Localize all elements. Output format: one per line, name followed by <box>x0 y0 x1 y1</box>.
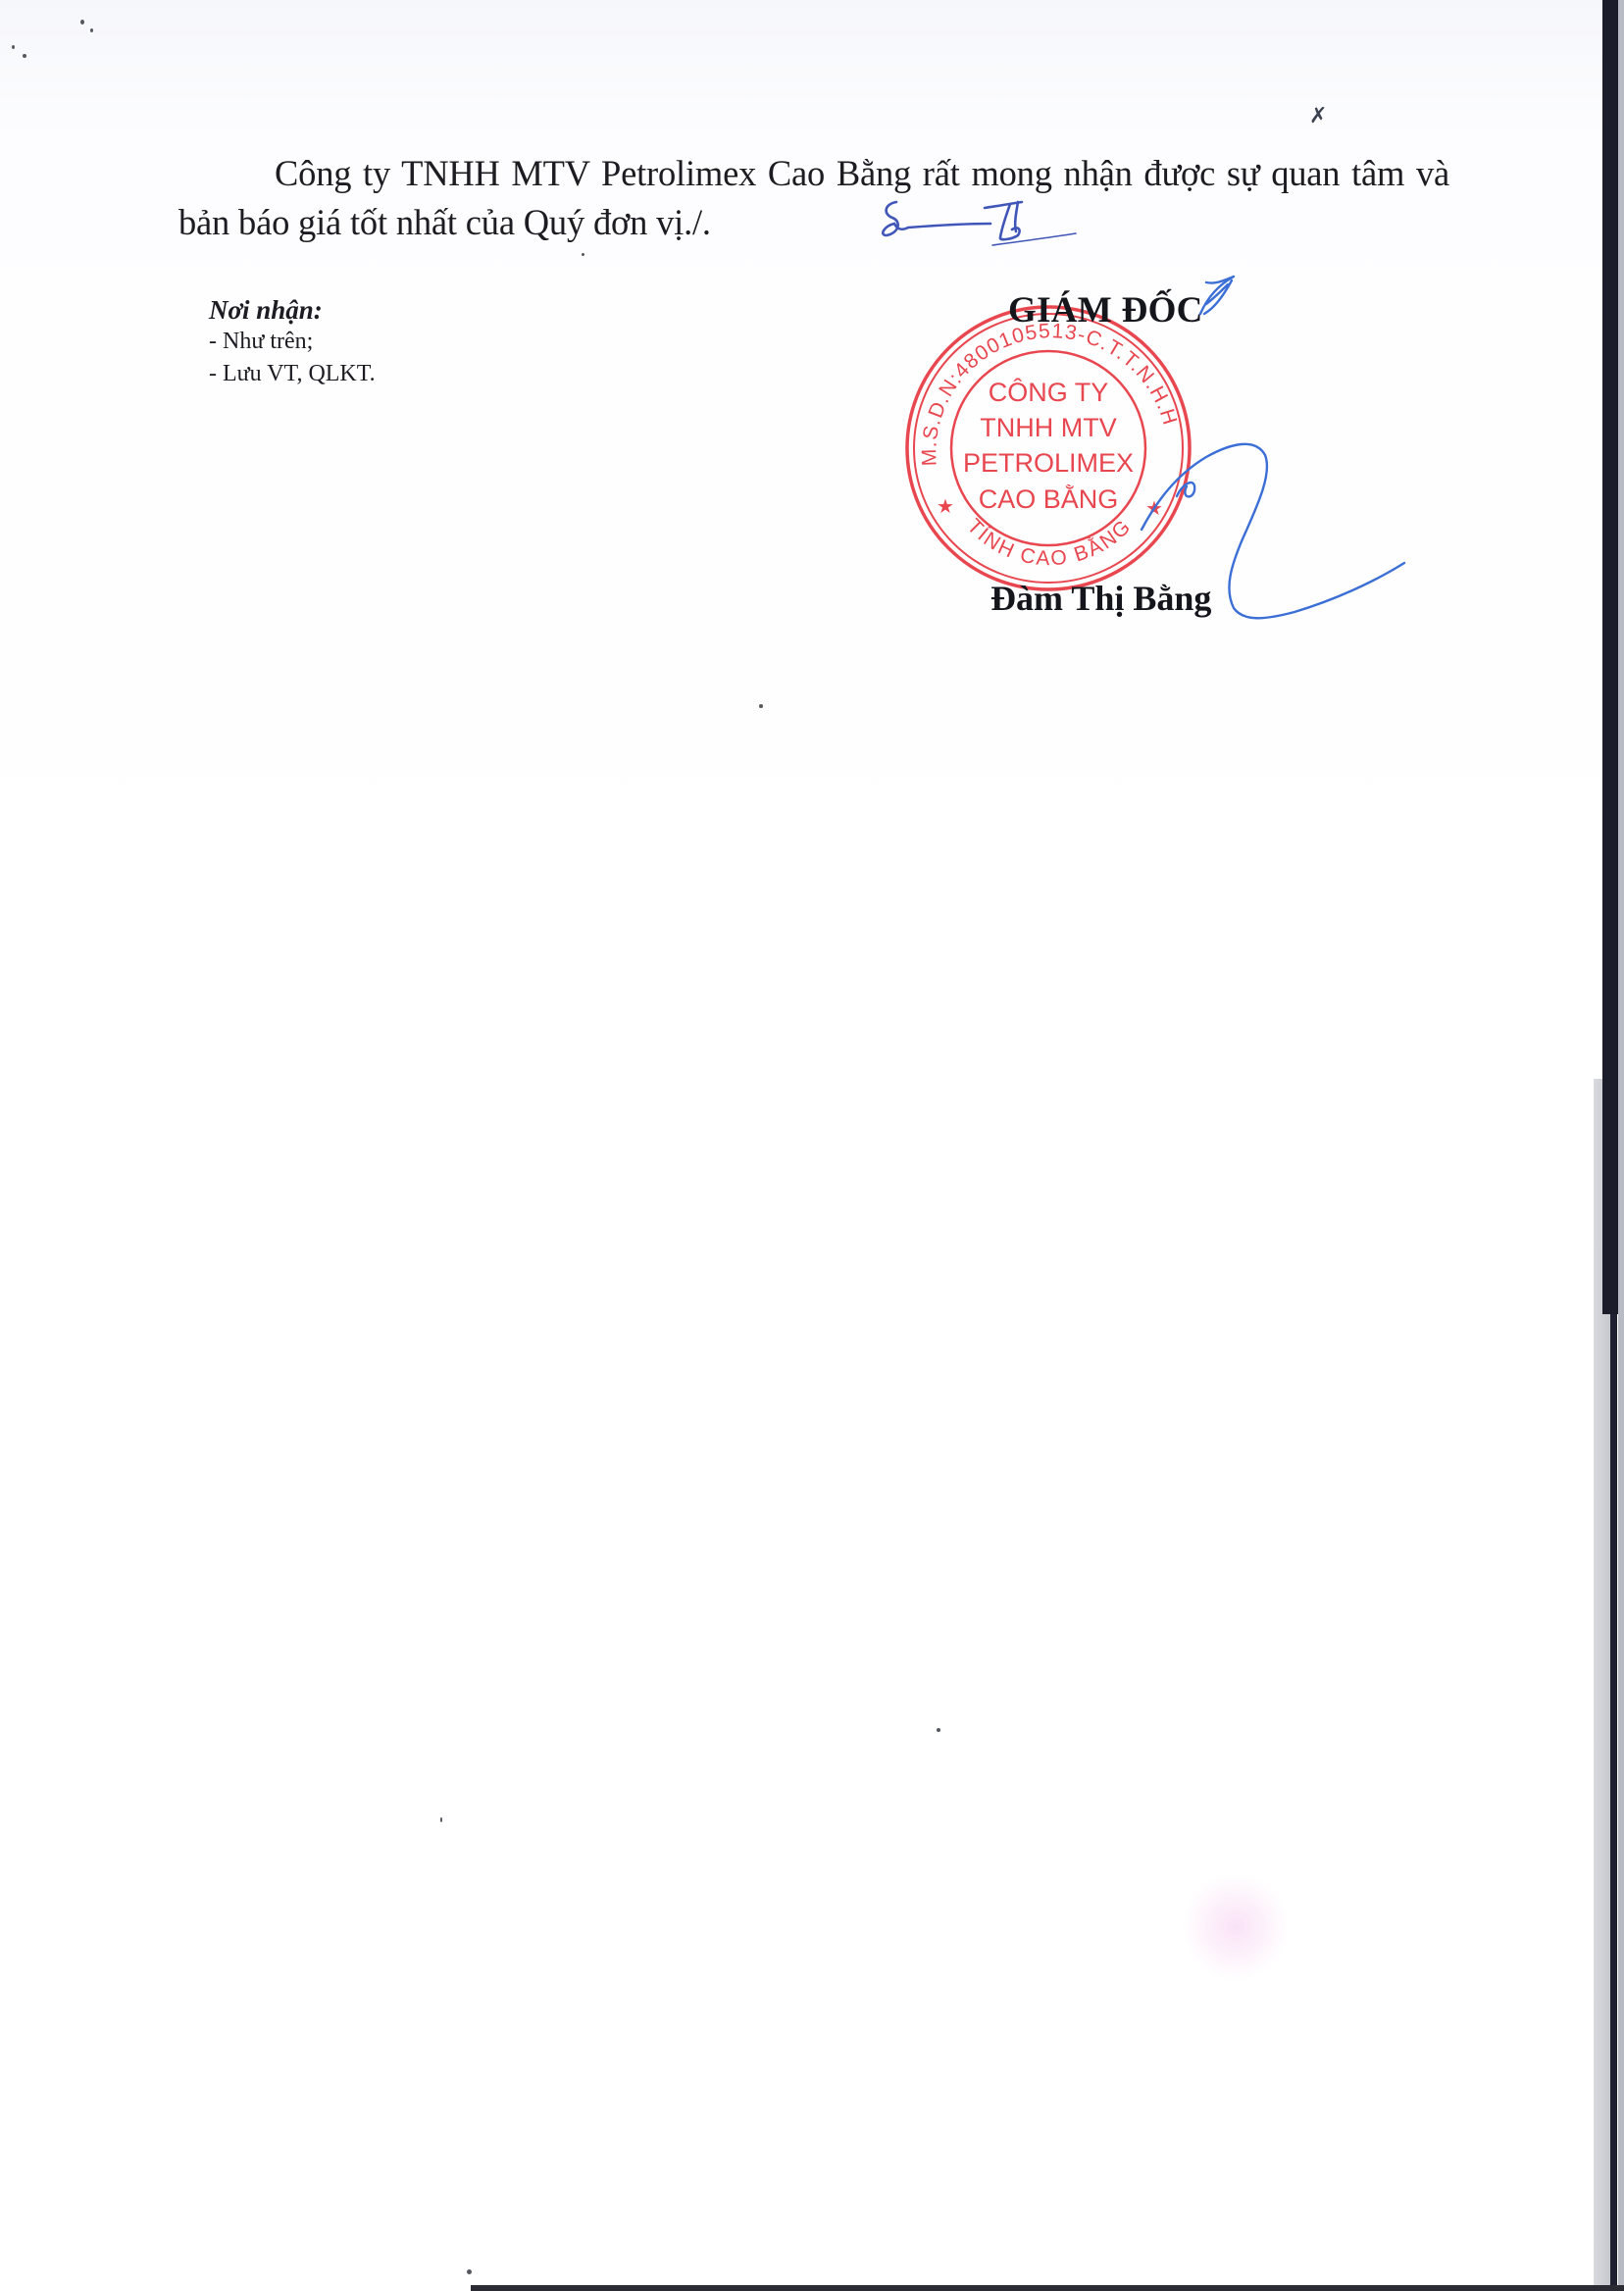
dust-speck <box>80 20 84 25</box>
dust-speck <box>12 45 15 49</box>
handwritten-initials <box>875 196 1081 247</box>
recipients-block: Nơi nhận: - Như trên; - Lưu VT, QLKT. <box>209 294 376 390</box>
closing-paragraph: Công ty TNHH MTV Petrolimex Cao Bằng rất… <box>178 149 1449 247</box>
dust-speck <box>440 1817 442 1822</box>
scan-bottom-edge <box>471 2285 1624 2291</box>
dust-speck <box>90 28 93 32</box>
handwritten-signature <box>1059 265 1412 628</box>
dust-speck <box>582 253 584 256</box>
scan-binding-edge-lower <box>1610 1314 1617 2285</box>
recipients-title: Nơi nhận: <box>209 294 376 326</box>
scan-edge-shadow <box>1618 0 1624 2291</box>
signer-name: Đàm Thị Bằng <box>990 577 1211 620</box>
recipient-item: - Như trên; <box>209 326 376 358</box>
dust-speck <box>467 2269 472 2274</box>
dust-speck <box>759 704 763 708</box>
pen-mark: ✗ <box>1309 104 1327 128</box>
svg-text:★: ★ <box>937 496 954 518</box>
recipient-item: - Lưu VT, QLKT. <box>209 358 376 390</box>
ink-smudge <box>1182 1873 1290 1981</box>
scanned-page: ✗ Công ty TNHH MTV Petrolimex Cao Bằng r… <box>0 0 1624 2291</box>
scan-binding-edge <box>1602 0 1618 1314</box>
dust-speck <box>937 1728 940 1732</box>
dust-speck <box>23 54 26 58</box>
